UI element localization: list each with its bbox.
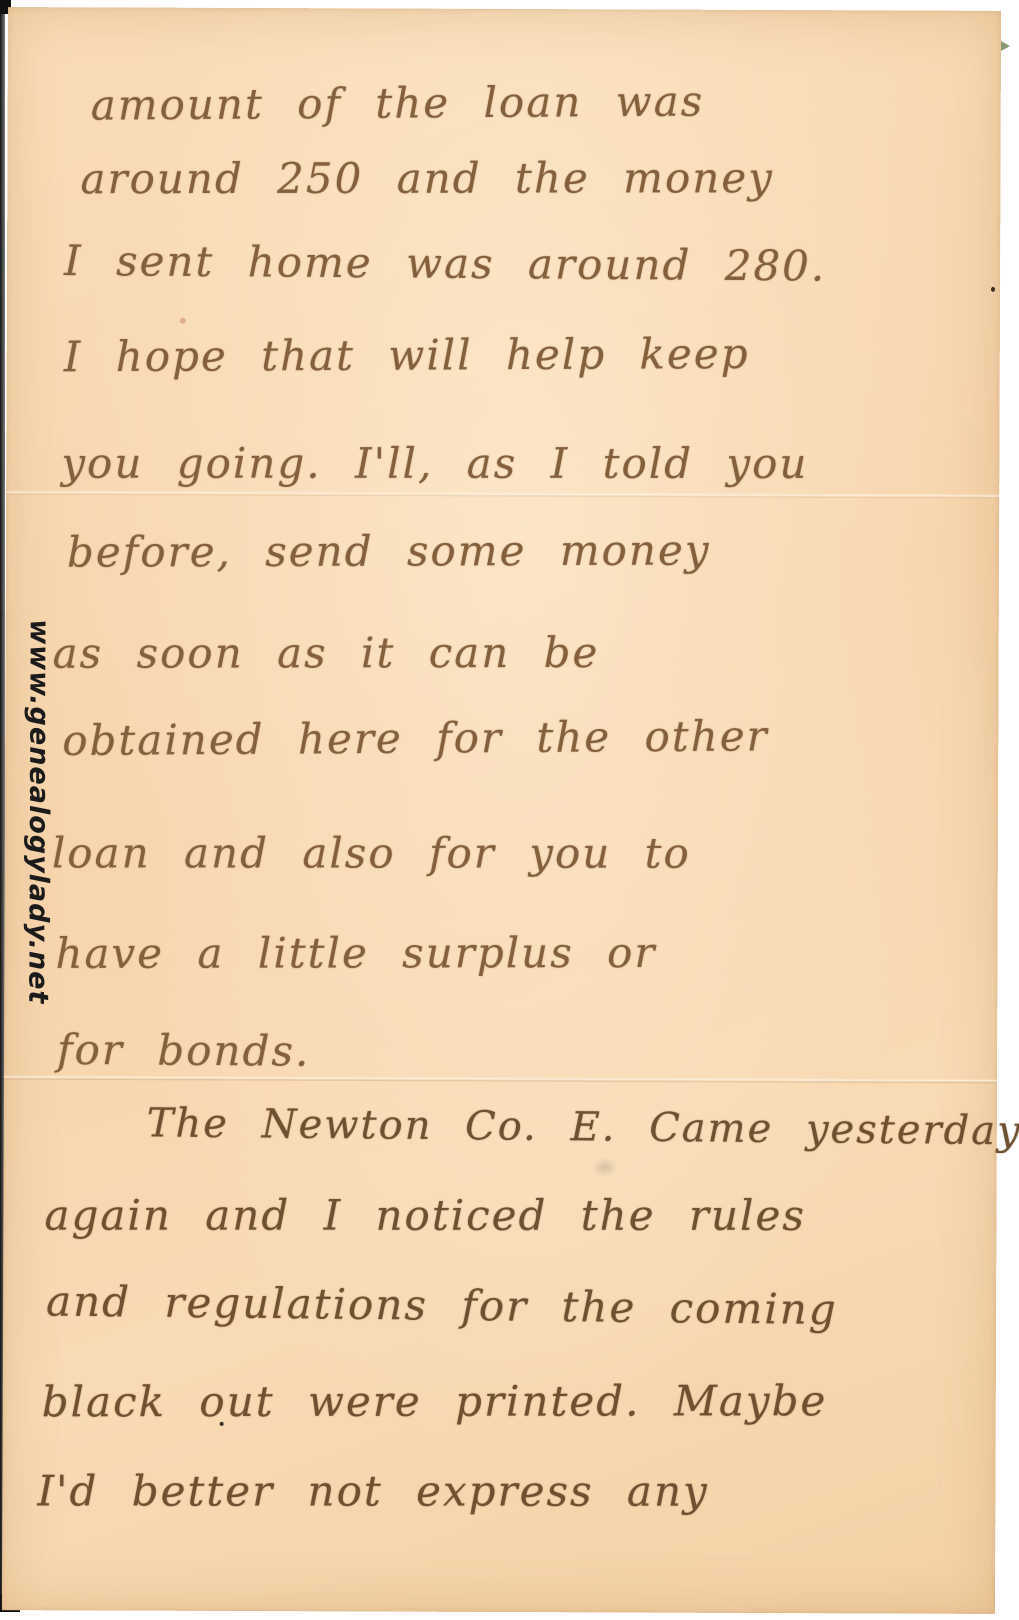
handwritten-line: black out were printed. Maybe [42, 1376, 828, 1426]
handwritten-line: I sent home was around 280. [64, 236, 826, 291]
handwritten-line: around 250 and the money [80, 153, 774, 203]
scanned-letter-page: www.genealogylady.net amount of the loan… [0, 0, 1019, 1620]
letter-body: amount of the loan was around 250 and th… [2, 7, 1001, 1614]
letter-paper: www.genealogylady.net amount of the loan… [2, 7, 1001, 1614]
handwritten-line: for bonds. [57, 1025, 311, 1076]
handwritten-line: and regulations for the coming [46, 1276, 838, 1334]
handwritten-line: as soon as it can be [53, 628, 600, 678]
handwritten-line: amount of the loan was [91, 77, 705, 130]
handwritten-line: you going. I'll, as I told you [61, 439, 808, 488]
handwritten-line: before, send some money [67, 526, 711, 577]
scanner-artifact-green [1001, 41, 1010, 51]
handwritten-line: I hope that will help keep [64, 329, 750, 381]
handwritten-line: I'd better not express any [37, 1466, 708, 1515]
handwritten-line: have a little surplus or [55, 928, 656, 978]
handwritten-line: The Newton Co. E. Came yesterday [147, 1100, 1019, 1154]
handwritten-line: obtained here for the other [62, 711, 769, 765]
handwritten-line: again and I noticed the rules [44, 1191, 805, 1240]
handwritten-line: loan and also for you to [52, 828, 691, 877]
